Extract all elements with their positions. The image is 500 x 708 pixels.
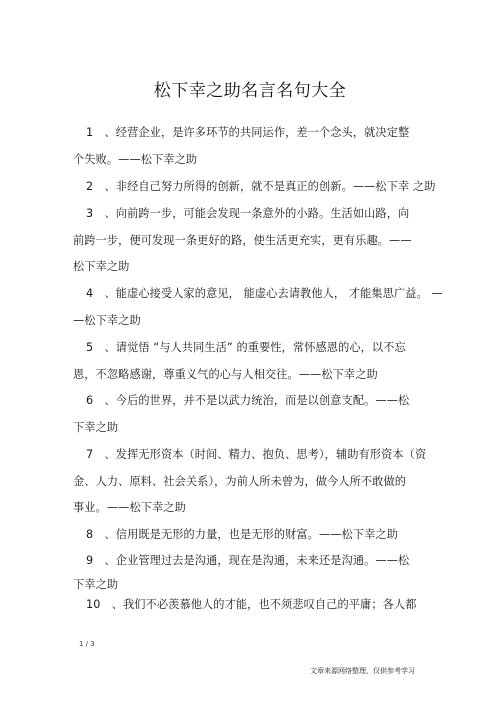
text-line: 下幸之助: [73, 576, 118, 592]
text-line: —松下幸之助: [73, 312, 141, 328]
text-line: 9 、企业管理过去是沟通，现在是沟通，未来还是沟通。——松: [86, 552, 409, 568]
text-line: 7 、发挥无形资本（时间、精力、抱负、思考），辅助有形资本（资: [86, 446, 426, 462]
text-line: 6 、今后的世界，并不是以武力统治，而是以创意支配。——松: [86, 392, 409, 408]
text-line: 前跨一步，便可发现一条更好的路，使生活更充实，更有乐趣。——: [73, 232, 412, 248]
text-line: 下幸之助: [73, 419, 118, 435]
text-line: 2 、非经自己努力所得的创新，就不是真正的创新。——松下幸 之助: [86, 178, 436, 194]
text-line: 10 、我们不必羡慕他人的才能，也不须悲叹自己的平庸；各人都: [86, 596, 417, 612]
page-number: 1 / 3: [79, 640, 95, 648]
text-line: 个失败。——松下幸之助: [73, 151, 197, 167]
text-line: 5 、请觉悟 “与人共同生活” 的重要性，常怀感恩的心，以不忘: [86, 339, 406, 355]
text-line: 金、人力、原料、社会关系），为前人所未曾为，做今人所不敢做的: [73, 473, 406, 489]
text-line: 4 、能虚心接受人家的意见， 能虚心去请教他人， 才能集思广益。 —: [86, 285, 443, 301]
text-line: 8 、信用既是无形的力量，也是无形的财富。——松下幸之助: [86, 526, 398, 542]
text-line: 松下幸之助: [73, 258, 129, 274]
document-title: 松下幸之助名言名句大全: [0, 76, 500, 101]
text-line: 恩，不忽略感谢，尊重义气的心与人相交往。——松下幸之助: [73, 366, 378, 382]
text-line: 3 、向前跨一步，可能会发现一条意外的小路。生活如山路，向: [86, 205, 409, 221]
text-line: 事业。——松下幸之助: [73, 499, 186, 515]
text-line: 1 、经营企业，是许多环节的共同运作，差一个念头，就决定整: [86, 124, 409, 140]
footer-note: 文章来源网络整理，仅供参考学习: [310, 666, 415, 676]
